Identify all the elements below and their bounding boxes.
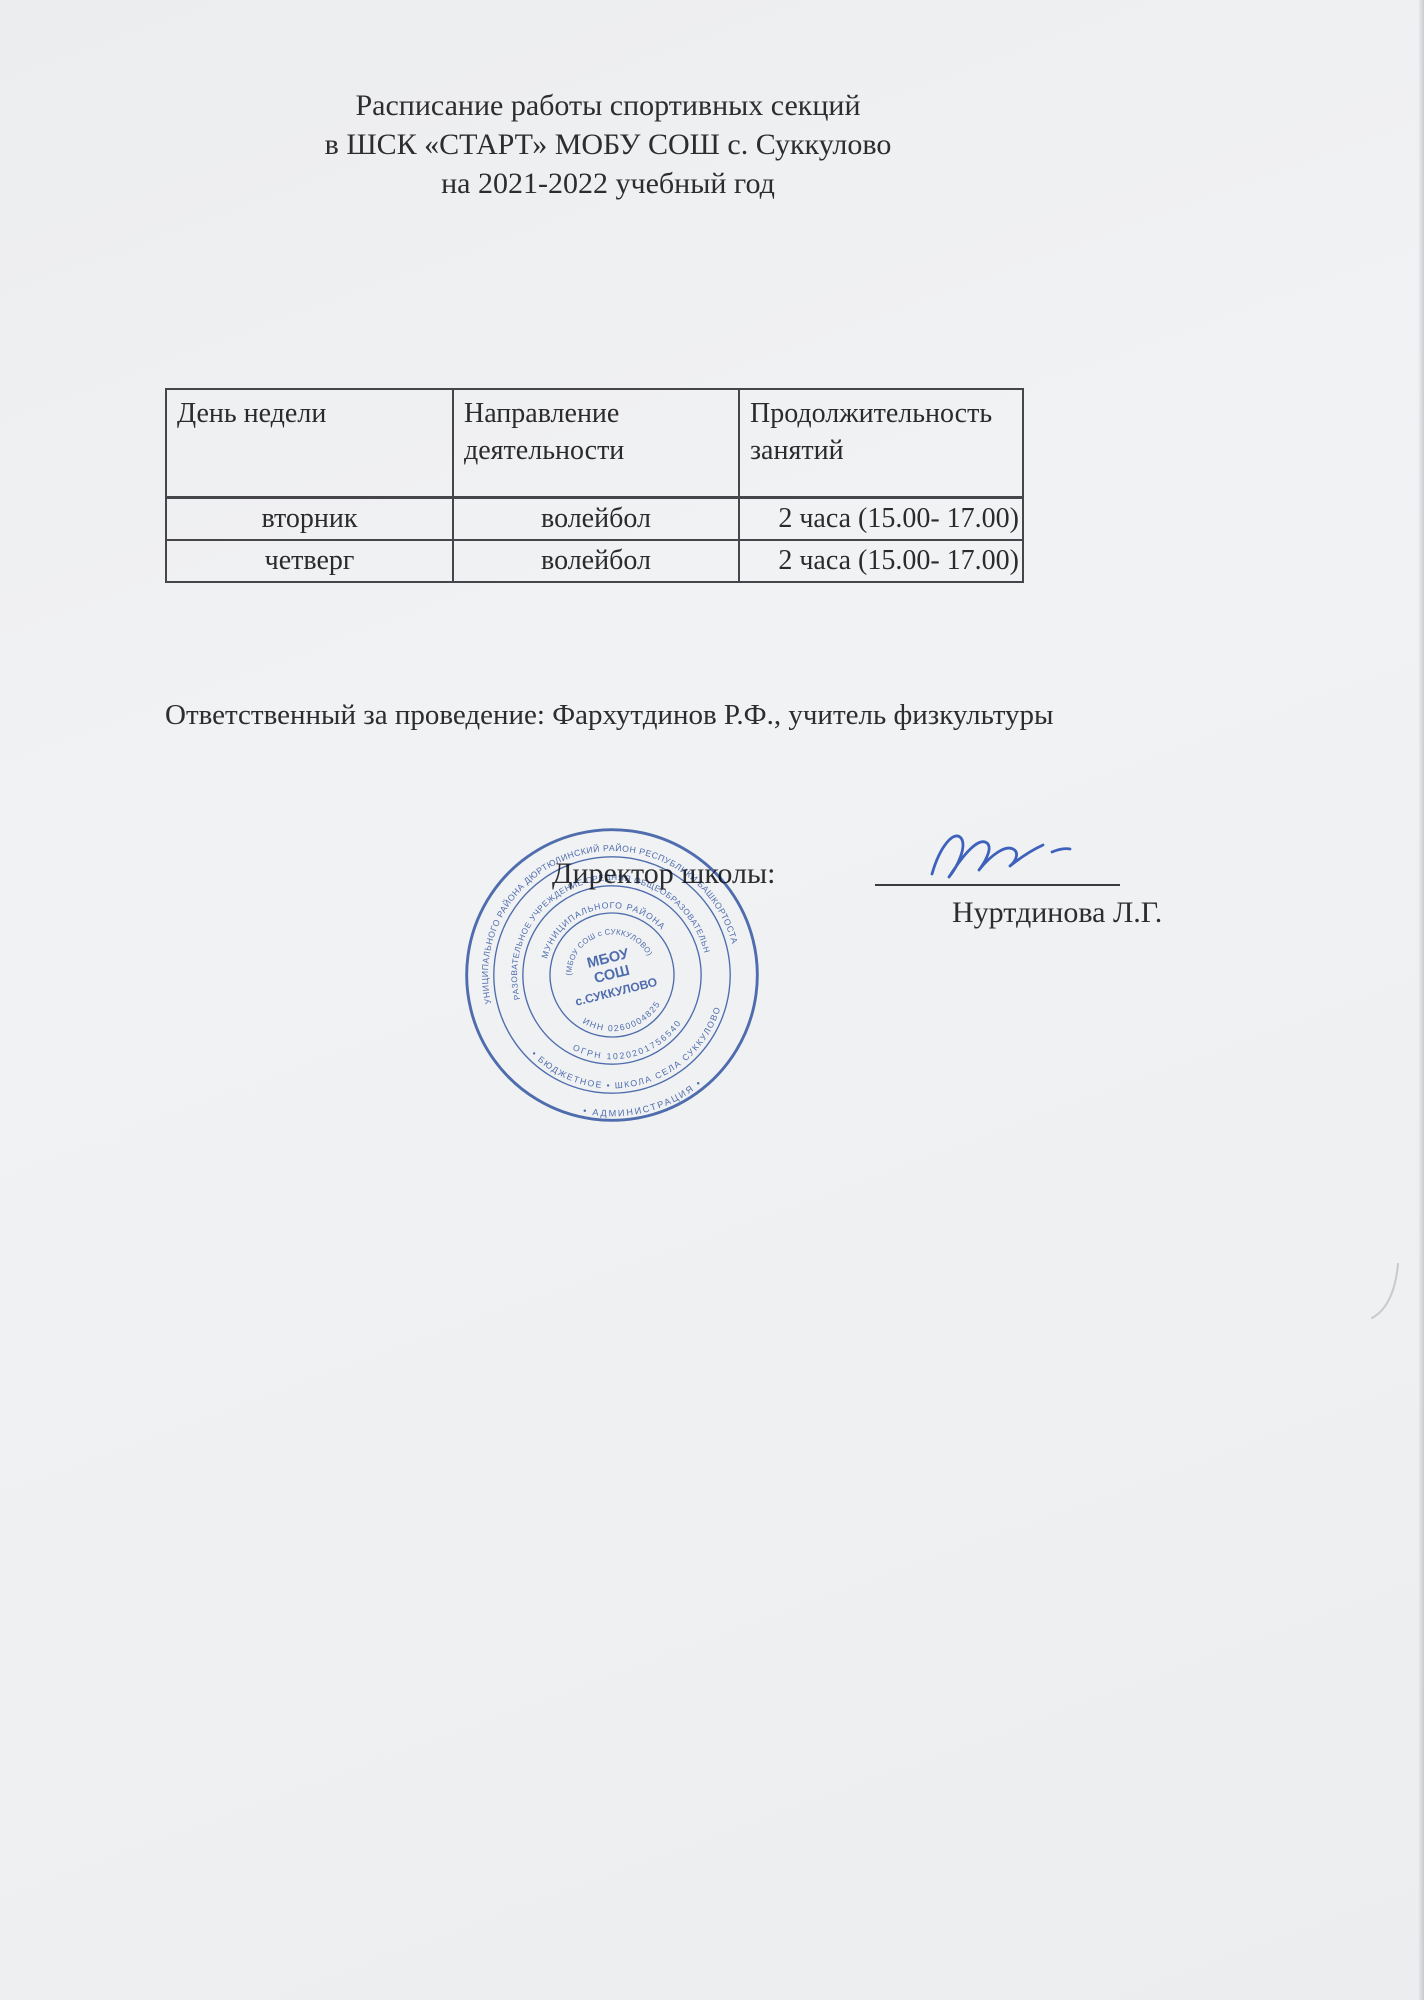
cell-duration: 2 часа (15.00- 17.00)	[739, 498, 1023, 541]
svg-text:МУНИЦИПАЛЬНОГО РАЙОНА ДЮРТЮЛИН: МУНИЦИПАЛЬНОГО РАЙОНА ДЮРТЮЛИНСКИЙ РАЙОН…	[424, 787, 740, 1013]
title-line-1: Расписание работы спортивных секций	[130, 86, 1086, 125]
cell-duration: 2 часа (15.00- 17.00)	[739, 540, 1023, 582]
director-name: Нуртдинова Л.Г.	[952, 896, 1162, 930]
signature-stroke	[932, 836, 1070, 877]
document-page: Расписание работы спортивных секций в ШС…	[0, 0, 1424, 2000]
cell-day: четверг	[166, 540, 453, 582]
cell-activity: волейбол	[453, 498, 739, 541]
page-curl-mark	[1368, 1260, 1408, 1322]
title-line-3: на 2021-2022 учебный год	[130, 164, 1086, 203]
header-day-of-week: День недели	[166, 389, 453, 498]
header-duration: Продолжительность занятий	[739, 389, 1023, 498]
cell-day: вторник	[166, 498, 453, 541]
stamp-ring-texts: МУНИЦИПАЛЬНОГО РАЙОНА ДЮРТЮЛИНСКИЙ РАЙОН…	[424, 787, 775, 1152]
document-title: Расписание работы спортивных секций в ШС…	[130, 86, 1086, 203]
cell-activity: волейбол	[453, 540, 739, 582]
responsible-line: Ответственный за проведение: Фархутдинов…	[165, 699, 1053, 732]
schedule-table: День недели Направление деятельности Про…	[165, 388, 1024, 583]
header-activity: Направление деятельности	[453, 389, 739, 498]
table-header-row: День недели Направление деятельности Про…	[166, 389, 1023, 498]
table-row: вторник волейбол 2 часа (15.00- 17.00)	[166, 498, 1023, 541]
school-stamp-icon: МУНИЦИПАЛЬНОГО РАЙОНА ДЮРТЮЛИНСКИЙ РАЙОН…	[424, 787, 800, 1163]
table-row: четверг волейбол 2 часа (15.00- 17.00)	[166, 540, 1023, 582]
stamp-ring1-top-text: МУНИЦИПАЛЬНОГО РАЙОНА ДЮРТЮЛИНСКИЙ РАЙОН…	[424, 787, 740, 1013]
signature-scribble-icon	[922, 822, 1072, 886]
title-line-2: в ШСК «СТАРТ» МОБУ СОШ с. Суккулово	[130, 125, 1086, 164]
